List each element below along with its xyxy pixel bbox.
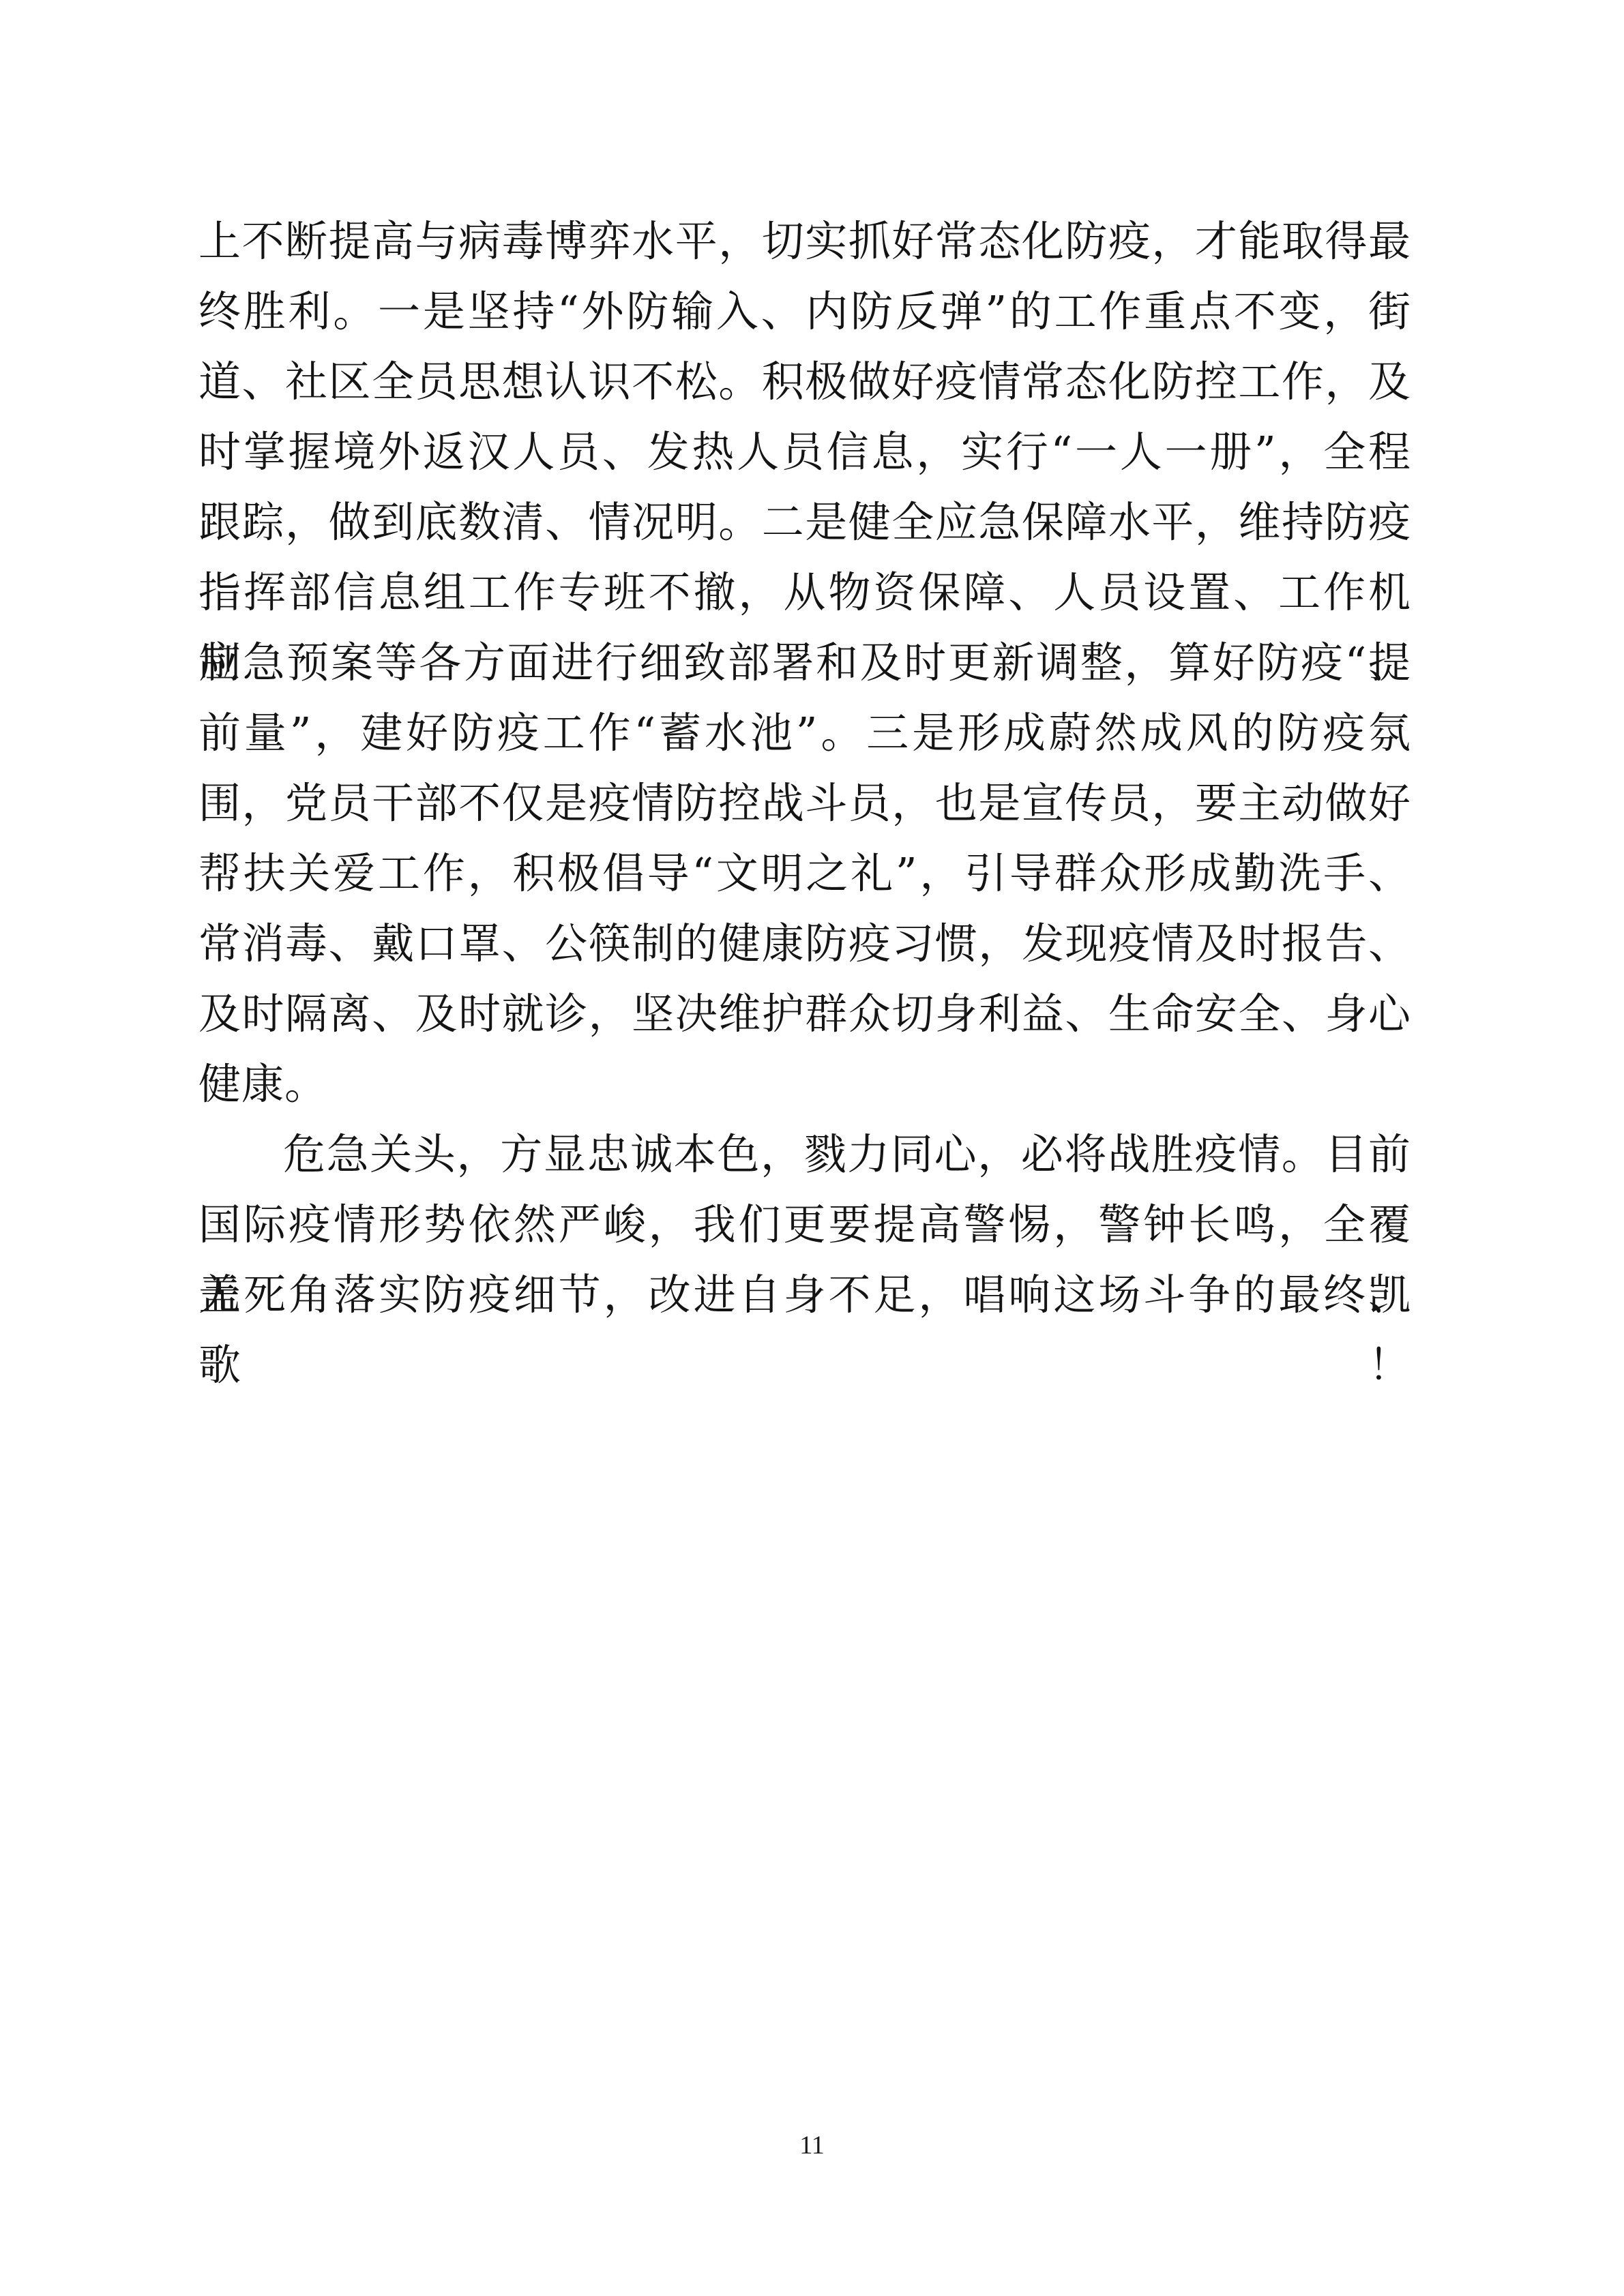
document-page: 上不断提高与病毒博弈水平，切实抓好常态化防疫，才能取得最 终胜利。一是坚持“外防…	[0, 0, 1624, 2296]
paragraph1-line-6: 指挥部信息组工作专班不撤，从物资保障、人员设置、工作机制、	[198, 557, 1411, 627]
paragraph2-line-1: 危急关头，方显忠诚本色，戮力同心，必将战胜疫情。目前	[198, 1119, 1411, 1189]
paragraph2-line-3: 无死角落实防疫细节，改进自身不足，唱响这场斗争的最终凯歌！	[198, 1259, 1411, 1330]
paragraph1-line-9: 围，党员干部不仅是疫情防控战斗员，也是宣传员，要主动做好	[198, 768, 1411, 838]
paragraph1-line-8: 前量”，建好防疫工作“蓄水池”。三是形成蔚然成风的防疫氛	[198, 698, 1411, 768]
paragraph2-line-2: 国际疫情形势依然严峻，我们更要提高警惕，警钟长鸣，全覆盖、	[198, 1189, 1411, 1259]
paragraph1-line-3: 道、社区全员思想认识不松。积极做好疫情常态化防控工作，及	[198, 346, 1411, 417]
page-number: 11	[0, 2132, 1624, 2159]
paragraph1-line-2: 终胜利。一是坚持“外防输入、内防反弹”的工作重点不变，街	[198, 276, 1411, 346]
paragraph1-line-12: 及时隔离、及时就诊，坚决维护群众切身利益、生命安全、身心	[198, 979, 1411, 1049]
paragraph1-line-1: 上不断提高与病毒博弈水平，切实抓好常态化防疫，才能取得最	[198, 206, 1411, 276]
paragraph1-line-10: 帮扶关爱工作，积极倡导“文明之礼”，引导群众形成勤洗手、	[198, 838, 1411, 908]
paragraph1-line-7: 应急预案等各方面进行细致部署和及时更新调整，算好防疫“提	[198, 627, 1411, 698]
paragraph1-line-4: 时掌握境外返汉人员、发热人员信息，实行“一人一册”，全程	[198, 417, 1411, 487]
document-body: 上不断提高与病毒博弈水平，切实抓好常态化防疫，才能取得最 终胜利。一是坚持“外防…	[198, 206, 1411, 1330]
paragraph1-line-5: 跟踪，做到底数清、情况明。二是健全应急保障水平，维持防疫	[198, 487, 1411, 557]
paragraph1-line-11: 常消毒、戴口罩、公筷制的健康防疫习惯，发现疫情及时报告、	[198, 908, 1411, 979]
paragraph1-line-13: 健康。	[198, 1049, 1411, 1119]
